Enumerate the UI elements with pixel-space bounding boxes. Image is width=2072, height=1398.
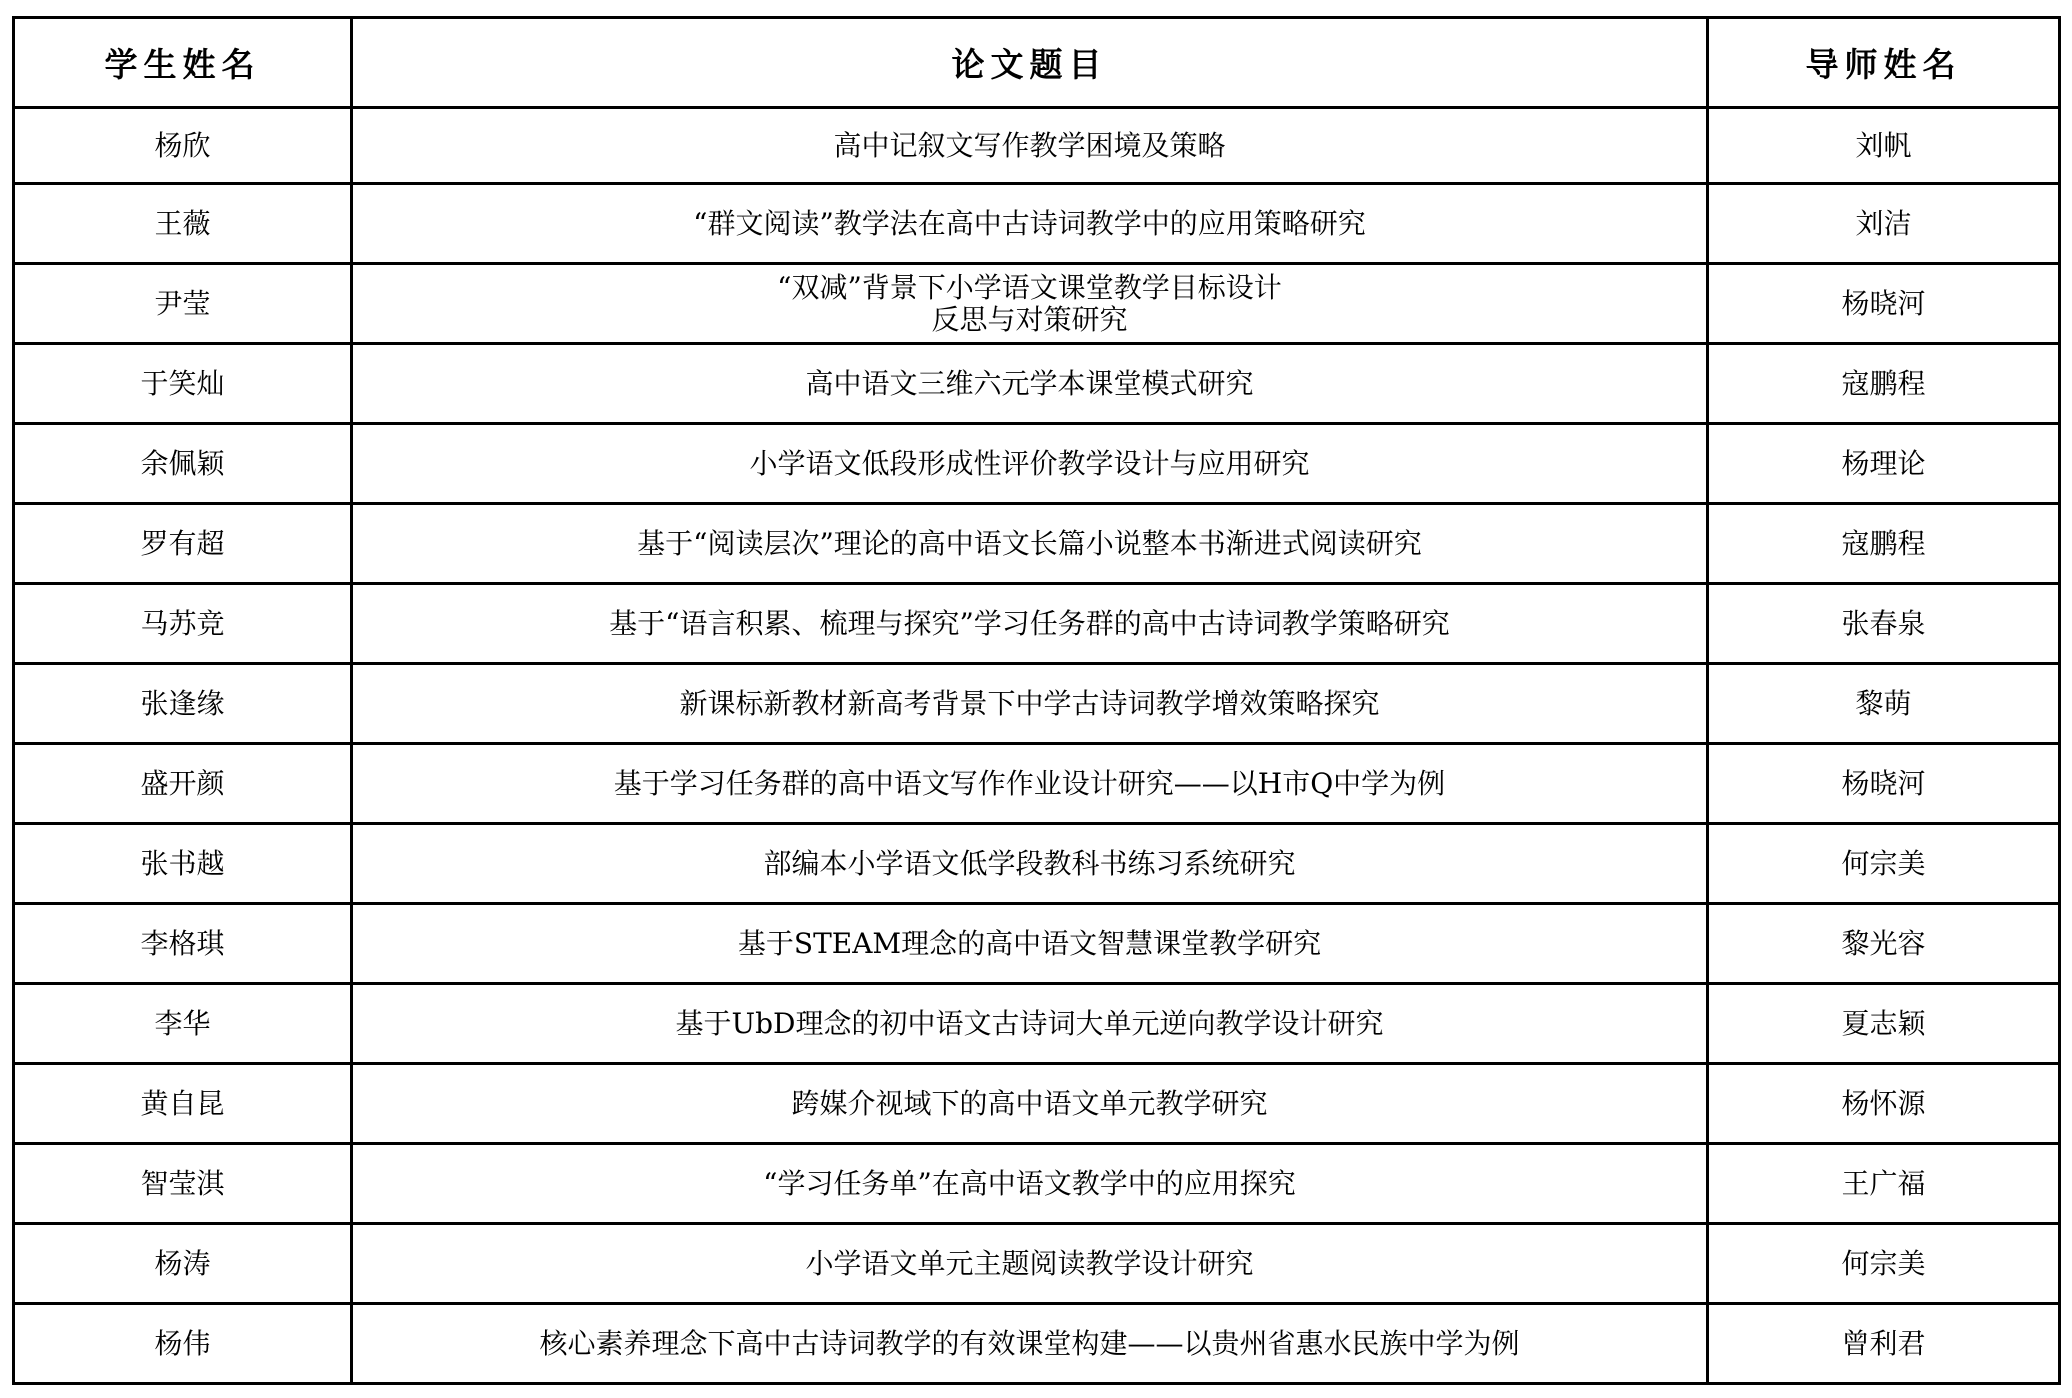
table-row: 李华基于UbD理念的初中语文古诗词大单元逆向教学设计研究夏志颖 xyxy=(14,984,2060,1064)
thesis-title-line: “学习任务单”在高中语文教学中的应用探究 xyxy=(357,1168,1702,1199)
thesis-title-cell: “学习任务单”在高中语文教学中的应用探究 xyxy=(352,1144,1708,1224)
thesis-title-line: 基于学习任务群的高中语文写作作业设计研究——以H市Q中学为例 xyxy=(357,768,1702,799)
student-name-cell: 马苏竞 xyxy=(14,584,352,664)
student-name-cell: 杨涛 xyxy=(14,1224,352,1304)
thesis-title-line: 基于“语言积累、梳理与探究”学习任务群的高中古诗词教学策略研究 xyxy=(357,608,1702,639)
thesis-title-line: 高中记叙文写作教学困境及策略 xyxy=(357,130,1702,161)
student-name-cell: 张书越 xyxy=(14,824,352,904)
student-name-cell: 智莹淇 xyxy=(14,1144,352,1224)
thesis-title-cell: 高中语文三维六元学本课堂模式研究 xyxy=(352,344,1708,424)
thesis-title-cell: 基于STEAM理念的高中语文智慧课堂教学研究 xyxy=(352,904,1708,984)
advisor-name-cell: 何宗美 xyxy=(1708,824,2060,904)
advisor-name-cell: 寇鹏程 xyxy=(1708,344,2060,424)
advisor-name-cell: 刘帆 xyxy=(1708,108,2060,184)
student-name-cell: 杨欣 xyxy=(14,108,352,184)
thesis-title-line: 核心素养理念下高中古诗词教学的有效课堂构建——以贵州省惠水民族中学为例 xyxy=(357,1328,1702,1359)
student-name-cell: 于笑灿 xyxy=(14,344,352,424)
table-row: 李格琪基于STEAM理念的高中语文智慧课堂教学研究黎光容 xyxy=(14,904,2060,984)
table-row: 杨涛小学语文单元主题阅读教学设计研究何宗美 xyxy=(14,1224,2060,1304)
thesis-title-cell: 小学语文单元主题阅读教学设计研究 xyxy=(352,1224,1708,1304)
advisor-name-cell: 张春泉 xyxy=(1708,584,2060,664)
thesis-title-line: 基于UbD理念的初中语文古诗词大单元逆向教学设计研究 xyxy=(357,1008,1702,1039)
table-row: 罗有超基于“阅读层次”理论的高中语文长篇小说整本书渐进式阅读研究寇鹏程 xyxy=(14,504,2060,584)
advisor-name-cell: 寇鹏程 xyxy=(1708,504,2060,584)
table-header-row: 学生姓名 论文题目 导师姓名 xyxy=(14,18,2060,108)
thesis-title-cell: 核心素养理念下高中古诗词教学的有效课堂构建——以贵州省惠水民族中学为例 xyxy=(352,1304,1708,1384)
thesis-title-cell: 小学语文低段形成性评价教学设计与应用研究 xyxy=(352,424,1708,504)
advisor-name-cell: 杨怀源 xyxy=(1708,1064,2060,1144)
table-body: 杨欣高中记叙文写作教学困境及策略刘帆王薇“群文阅读”教学法在高中古诗词教学中的应… xyxy=(14,108,2060,1384)
table-row: 于笑灿高中语文三维六元学本课堂模式研究寇鹏程 xyxy=(14,344,2060,424)
student-name-cell: 尹莹 xyxy=(14,264,352,344)
thesis-title-cell: “双减”背景下小学语文课堂教学目标设计反思与对策研究 xyxy=(352,264,1708,344)
table-row: 余佩颖小学语文低段形成性评价教学设计与应用研究杨理论 xyxy=(14,424,2060,504)
table-row: 马苏竞基于“语言积累、梳理与探究”学习任务群的高中古诗词教学策略研究张春泉 xyxy=(14,584,2060,664)
table-row: 杨伟核心素养理念下高中古诗词教学的有效课堂构建——以贵州省惠水民族中学为例曾利君 xyxy=(14,1304,2060,1384)
thesis-title-line: 部编本小学语文低学段教科书练习系统研究 xyxy=(357,848,1702,879)
table-row: 盛开颜基于学习任务群的高中语文写作作业设计研究——以H市Q中学为例杨晓河 xyxy=(14,744,2060,824)
advisor-name-cell: 刘洁 xyxy=(1708,184,2060,264)
thesis-title-cell: 新课标新教材新高考背景下中学古诗词教学增效策略探究 xyxy=(352,664,1708,744)
thesis-advisor-table: 学生姓名 论文题目 导师姓名 杨欣高中记叙文写作教学困境及策略刘帆王薇“群文阅读… xyxy=(12,16,2061,1385)
advisor-name-cell: 杨晓河 xyxy=(1708,744,2060,824)
advisor-name-cell: 杨晓河 xyxy=(1708,264,2060,344)
table-row: 张书越部编本小学语文低学段教科书练习系统研究何宗美 xyxy=(14,824,2060,904)
table-row: 黄自昆跨媒介视域下的高中语文单元教学研究杨怀源 xyxy=(14,1064,2060,1144)
student-name-cell: 张逢缘 xyxy=(14,664,352,744)
student-name-cell: 李格琪 xyxy=(14,904,352,984)
thesis-title-line: “双减”背景下小学语文课堂教学目标设计 xyxy=(357,272,1702,303)
thesis-title-cell: 基于UbD理念的初中语文古诗词大单元逆向教学设计研究 xyxy=(352,984,1708,1064)
thesis-title-line: 新课标新教材新高考背景下中学古诗词教学增效策略探究 xyxy=(357,688,1702,719)
student-name-cell: 黄自昆 xyxy=(14,1064,352,1144)
thesis-title-cell: 部编本小学语文低学段教科书练习系统研究 xyxy=(352,824,1708,904)
header-thesis-title: 论文题目 xyxy=(352,18,1708,108)
table-row: 王薇“群文阅读”教学法在高中古诗词教学中的应用策略研究刘洁 xyxy=(14,184,2060,264)
thesis-title-cell: “群文阅读”教学法在高中古诗词教学中的应用策略研究 xyxy=(352,184,1708,264)
thesis-title-line: 基于“阅读层次”理论的高中语文长篇小说整本书渐进式阅读研究 xyxy=(357,528,1702,559)
thesis-title-line: 高中语文三维六元学本课堂模式研究 xyxy=(357,368,1702,399)
thesis-title-line: 小学语文单元主题阅读教学设计研究 xyxy=(357,1248,1702,1279)
advisor-name-cell: 何宗美 xyxy=(1708,1224,2060,1304)
student-name-cell: 罗有超 xyxy=(14,504,352,584)
thesis-title-cell: 跨媒介视域下的高中语文单元教学研究 xyxy=(352,1064,1708,1144)
table-row: 尹莹“双减”背景下小学语文课堂教学目标设计反思与对策研究杨晓河 xyxy=(14,264,2060,344)
student-name-cell: 盛开颜 xyxy=(14,744,352,824)
advisor-name-cell: 黎萌 xyxy=(1708,664,2060,744)
advisor-name-cell: 夏志颖 xyxy=(1708,984,2060,1064)
student-name-cell: 王薇 xyxy=(14,184,352,264)
student-name-cell: 李华 xyxy=(14,984,352,1064)
student-name-cell: 余佩颖 xyxy=(14,424,352,504)
thesis-title-line: 反思与对策研究 xyxy=(357,304,1702,335)
thesis-title-cell: 基于学习任务群的高中语文写作作业设计研究——以H市Q中学为例 xyxy=(352,744,1708,824)
header-advisor-name: 导师姓名 xyxy=(1708,18,2060,108)
advisor-name-cell: 杨理论 xyxy=(1708,424,2060,504)
advisor-name-cell: 黎光容 xyxy=(1708,904,2060,984)
thesis-title-cell: 高中记叙文写作教学困境及策略 xyxy=(352,108,1708,184)
thesis-title-line: 跨媒介视域下的高中语文单元教学研究 xyxy=(357,1088,1702,1119)
header-student-name: 学生姓名 xyxy=(14,18,352,108)
student-name-cell: 杨伟 xyxy=(14,1304,352,1384)
thesis-title-cell: 基于“语言积累、梳理与探究”学习任务群的高中古诗词教学策略研究 xyxy=(352,584,1708,664)
thesis-title-line: “群文阅读”教学法在高中古诗词教学中的应用策略研究 xyxy=(357,208,1702,239)
table-row: 张逢缘新课标新教材新高考背景下中学古诗词教学增效策略探究黎萌 xyxy=(14,664,2060,744)
advisor-name-cell: 王广福 xyxy=(1708,1144,2060,1224)
advisor-name-cell: 曾利君 xyxy=(1708,1304,2060,1384)
thesis-title-cell: 基于“阅读层次”理论的高中语文长篇小说整本书渐进式阅读研究 xyxy=(352,504,1708,584)
thesis-title-line: 小学语文低段形成性评价教学设计与应用研究 xyxy=(357,448,1702,479)
table-row: 智莹淇“学习任务单”在高中语文教学中的应用探究王广福 xyxy=(14,1144,2060,1224)
thesis-title-line: 基于STEAM理念的高中语文智慧课堂教学研究 xyxy=(357,928,1702,959)
table-row: 杨欣高中记叙文写作教学困境及策略刘帆 xyxy=(14,108,2060,184)
